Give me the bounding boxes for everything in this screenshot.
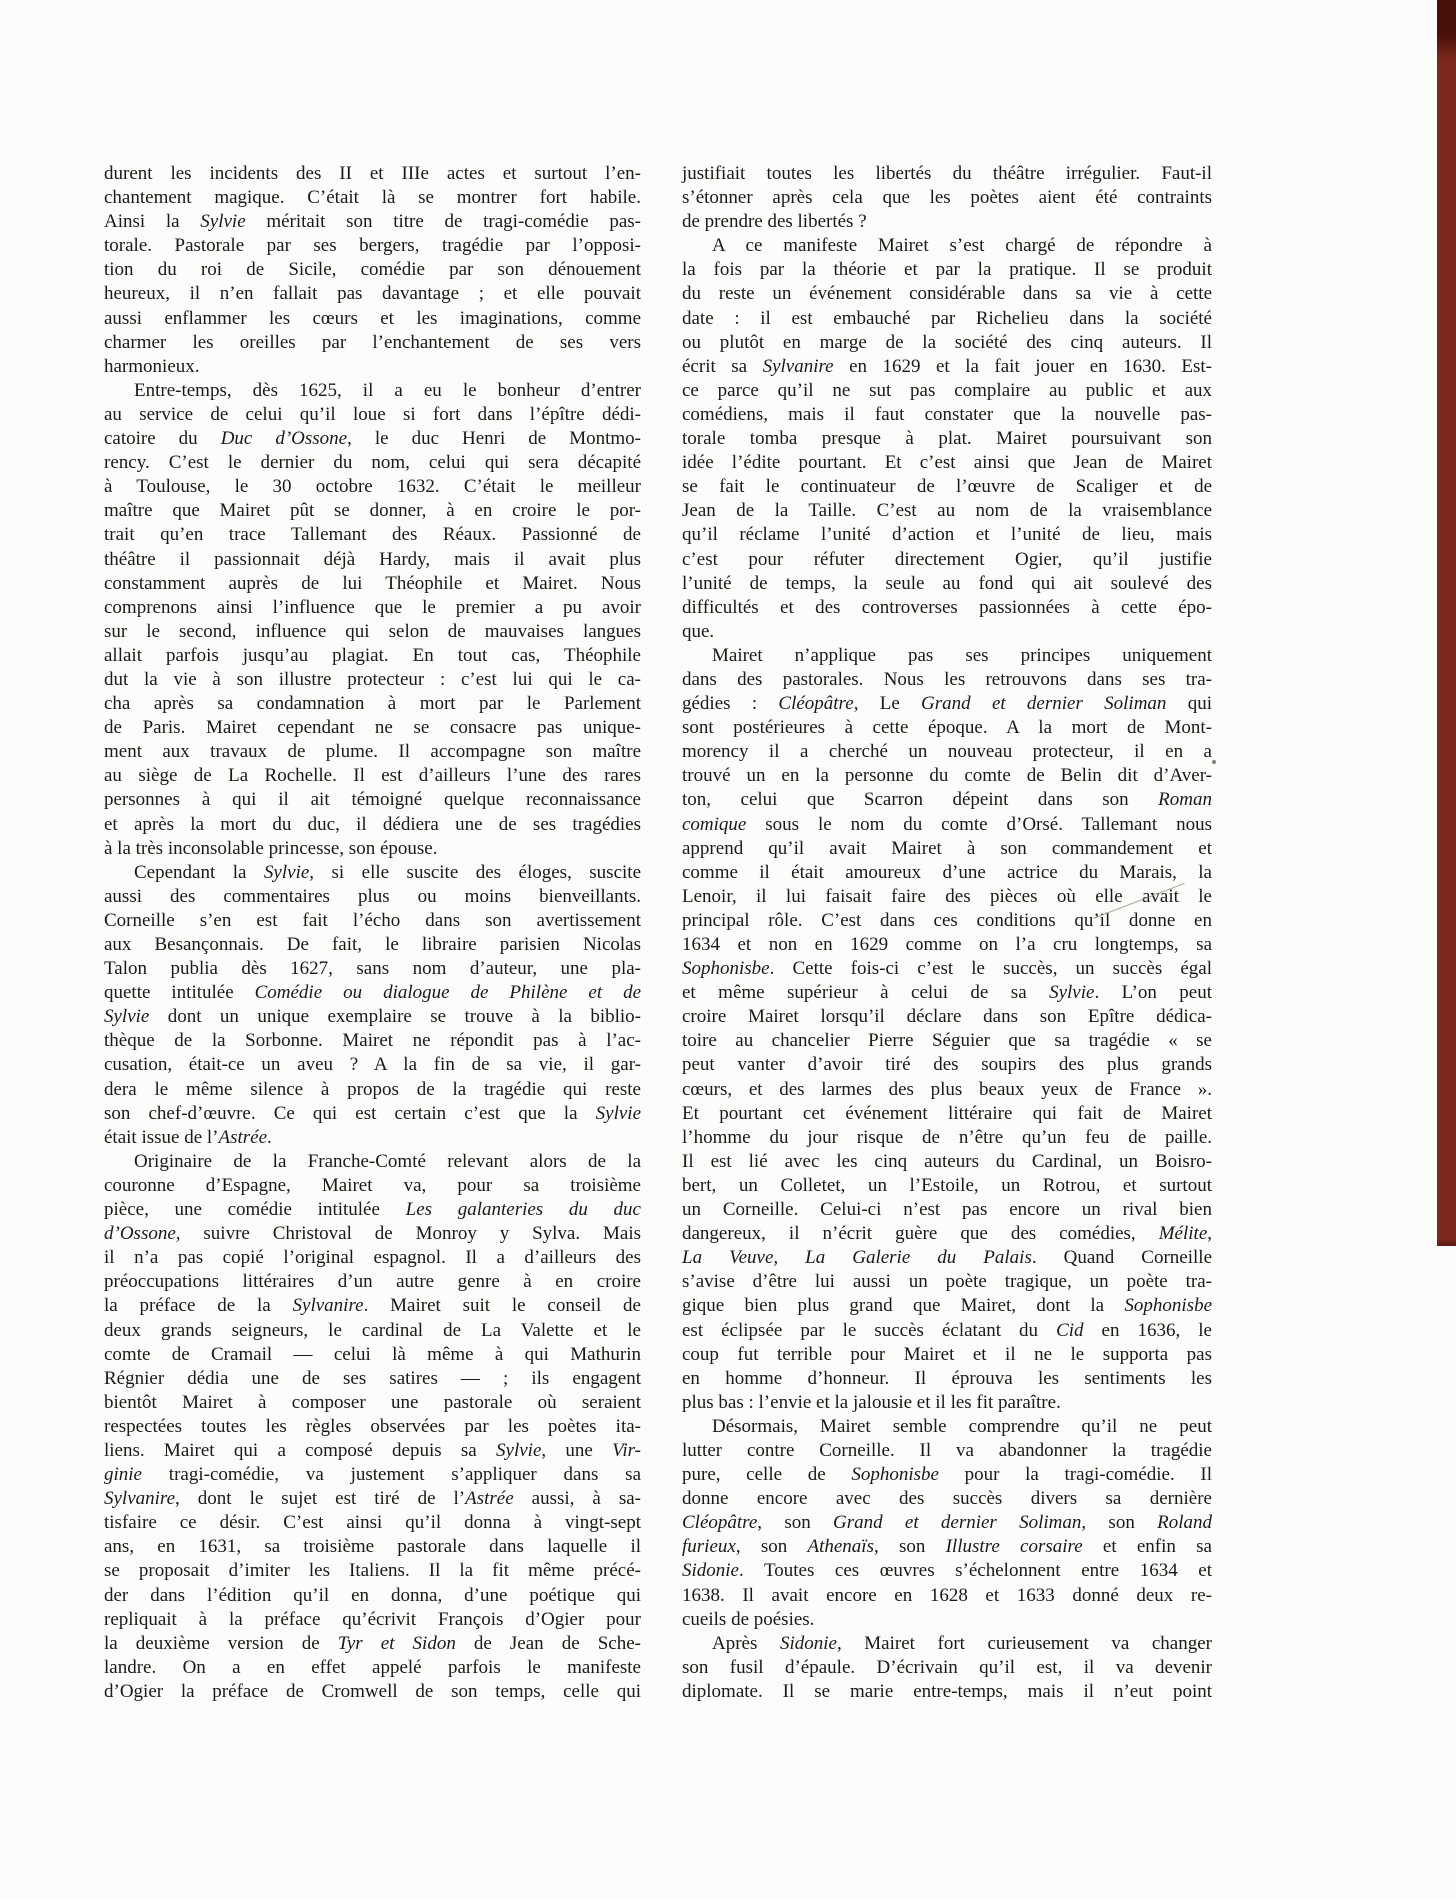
text-line: ment aux travaux de plume. Il accompagne… — [104, 740, 641, 764]
text-line: au siège de La Rochelle. Il est d’ailleu… — [104, 764, 641, 788]
text-line: morency il a cherché un nouveau protecte… — [682, 740, 1212, 764]
text-line: s’avise d’être lui aussi un poète tragiq… — [682, 1270, 1212, 1294]
text-line: comique sous le nom du comte d’Orsé. Tal… — [682, 813, 1212, 837]
text-line: au service de celui qu’il loue si fort d… — [104, 403, 641, 427]
text-line: durent les incidents des II et IIIe acte… — [104, 162, 641, 186]
text-line: deux grands seigneurs, le cardinal de La… — [104, 1319, 641, 1343]
text-line: d’Ossone, suivre Christoval de Monroy y … — [104, 1222, 641, 1246]
text-line: s’étonner après cela que les poètes aien… — [682, 186, 1212, 210]
text-line: Mairet n’applique pas ses principes uniq… — [682, 644, 1212, 668]
text-line: comédiens, mais il faut constater que la… — [682, 403, 1212, 427]
text-line: à Toulouse, le 30 octobre 1632. C’était … — [104, 475, 641, 499]
text-line: d’Ogier la préface de Cromwell de son te… — [104, 1680, 641, 1704]
ink-speck-artifact — [1212, 760, 1216, 764]
text-line: torale tomba presque à plat. Mairet pour… — [682, 427, 1212, 451]
text-line: que. — [682, 620, 1212, 644]
text-line: ginie tragi-comédie, va justement s’appl… — [104, 1463, 641, 1487]
text-line: Lenoir, il lui faisait faire des pièces … — [682, 885, 1212, 909]
text-line: se fait le continuateur de l’œuvre de Sc… — [682, 475, 1212, 499]
text-line: torale. Pastorale par ses bergers, tragé… — [104, 234, 641, 258]
text-line: toire au chancelier Pierre Séguier que s… — [682, 1029, 1212, 1053]
text-line: ou plutôt en marge de la société des cin… — [682, 331, 1212, 355]
text-line: théâtre il passionnait déjà Hardy, mais … — [104, 548, 641, 572]
text-line: Originaire de la Franche-Comté relevant … — [104, 1150, 641, 1174]
text-line: 1634 et non en 1629 comme on l’a cru lon… — [682, 933, 1212, 957]
text-line: à la très inconsolable princesse, son ép… — [104, 837, 641, 861]
text-line: est éclipsée par le succès éclatant du C… — [682, 1319, 1212, 1343]
text-line: l’unité de temps, la seule au fond qui a… — [682, 572, 1212, 596]
text-line: maître que Mairet pût se donner, à en cr… — [104, 499, 641, 523]
text-line: justifiait toutes les libertés du théâtr… — [682, 162, 1212, 186]
text-line: trait qu’en trace Tallemant des Réaux. P… — [104, 523, 641, 547]
text-line: comme il était amoureux d’une actrice du… — [682, 861, 1212, 885]
text-line: ce parce qu’il ne sut pas complaire au p… — [682, 379, 1212, 403]
text-line: croire Mairet lorsqu’il déclare dans son… — [682, 1005, 1212, 1029]
text-line: et même supérieur à celui de sa Sylvie. … — [682, 981, 1212, 1005]
text-line: coup fut terrible pour Mairet et il ne l… — [682, 1343, 1212, 1367]
text-line: son fusil d’épaule. D’écrivain qu’il est… — [682, 1656, 1212, 1680]
text-line: tion du roi de Sicile, comédie par son d… — [104, 258, 641, 282]
text-line: dangereux, il n’écrit guère que des comé… — [682, 1222, 1212, 1246]
text-line: landre. On a en effet appelé parfois le … — [104, 1656, 641, 1680]
text-line: cha après sa condamnation à mort par le … — [104, 692, 641, 716]
text-line: dans des pastorales. Nous les retrouvons… — [682, 668, 1212, 692]
text-line: aussi des commentaires plus ou moins bie… — [104, 885, 641, 909]
text-line: heureux, il n’en fallait pas davantage ;… — [104, 282, 641, 306]
text-line: respectées toutes les règles observées p… — [104, 1415, 641, 1439]
text-line: Et pourtant cet événement littéraire qui… — [682, 1102, 1212, 1126]
text-line: dut la vie à son illustre protecteur : c… — [104, 668, 641, 692]
text-line: cueils de poésies. — [682, 1608, 1212, 1632]
text-line: harmonieux. — [104, 355, 641, 379]
text-line: 1638. Il avait encore en 1628 et 1633 do… — [682, 1584, 1212, 1608]
text-line: couronne d’Espagne, Mairet va, pour sa t… — [104, 1174, 641, 1198]
text-line: et après la mort du duc, il dédiera une … — [104, 813, 641, 837]
text-line: Entre-temps, dès 1625, il a eu le bonheu… — [104, 379, 641, 403]
text-line: l’homme du jour risque de n’être qu’un f… — [682, 1126, 1212, 1150]
text-line: plus bas : l’envie et la jalousie et il … — [682, 1391, 1212, 1415]
text-line: La Veuve, La Galerie du Palais. Quand Co… — [682, 1246, 1212, 1270]
scanned-page: durent les incidents des II et IIIe acte… — [0, 0, 1456, 1899]
text-line: bientôt Mairet à composer une pastorale … — [104, 1391, 641, 1415]
text-line: catoire du Duc d’Ossone, le duc Henri de… — [104, 427, 641, 451]
text-line: la fois par la théorie et par la pratiqu… — [682, 258, 1212, 282]
text-line: Sylvie dont un unique exemplaire se trou… — [104, 1005, 641, 1029]
text-line: la deuxième version de Tyr et Sidon de J… — [104, 1632, 641, 1656]
text-line: du reste un événement considérable dans … — [682, 282, 1212, 306]
text-line: Talon publia dès 1627, sans nom d’auteur… — [104, 957, 641, 981]
page-edge-red-bar — [1437, 0, 1456, 1246]
text-line: Sidonie. Toutes ces œuvres s’échelonnent… — [682, 1559, 1212, 1583]
text-line: apprend qu’il avait Mairet à son command… — [682, 837, 1212, 861]
text-line: Ainsi la Sylvie méritait son titre de tr… — [104, 210, 641, 234]
text-line: date : il est embauché par Richelieu dan… — [682, 307, 1212, 331]
text-line: diplomate. Il se marie entre-temps, mais… — [682, 1680, 1212, 1704]
text-line: thèque de la Sorbonne. Mairet ne répondi… — [104, 1029, 641, 1053]
text-line: un Corneille. Celui-ci n’est pas encore … — [682, 1198, 1212, 1222]
text-line: pure, celle de Sophonisbe pour la tragi-… — [682, 1463, 1212, 1487]
text-line: de Paris. Mairet cependant ne se consacr… — [104, 716, 641, 740]
text-line: aussi enflammer les cœurs et les imagina… — [104, 307, 641, 331]
text-line: il n’a pas copié l’original espagnol. Il… — [104, 1246, 641, 1270]
text-line: Régnier dédia une de ses satires — ; ils… — [104, 1367, 641, 1391]
text-line: bert, un Colletet, un l’Estoile, un Rotr… — [682, 1174, 1212, 1198]
text-line: sont postérieures à cette époque. A la m… — [682, 716, 1212, 740]
text-line: gique bien plus grand que Mairet, dont l… — [682, 1294, 1212, 1318]
text-line: quette intitulée Comédie ou dialogue de … — [104, 981, 641, 1005]
text-line: Il est lié avec les cinq auteurs du Card… — [682, 1150, 1212, 1174]
text-line: Corneille s’en est fait l’écho dans son … — [104, 909, 641, 933]
text-line: Désormais, Mairet semble comprendre qu’i… — [682, 1415, 1212, 1439]
text-line: en homme d’honneur. Il éprouva les senti… — [682, 1367, 1212, 1391]
text-line: A ce manifeste Mairet s’est chargé de ré… — [682, 234, 1212, 258]
text-line: liens. Mairet qui a composé depuis sa Sy… — [104, 1439, 641, 1463]
text-line: principal rôle. C’est dans ces condition… — [682, 909, 1212, 933]
text-line: comprenons ainsi l’influence que le prem… — [104, 596, 641, 620]
text-line: comte de Cramail — celui là même à qui M… — [104, 1343, 641, 1367]
text-line: Sylvanire, dont le sujet est tiré de l’A… — [104, 1487, 641, 1511]
text-line: la préface de la Sylvanire. Mairet suit … — [104, 1294, 641, 1318]
text-line: der dans l’édition qu’il en donna, d’une… — [104, 1584, 641, 1608]
text-line: ton, celui que Scarron dépeint dans son … — [682, 788, 1212, 812]
text-line: sur le second, influence qui selon de ma… — [104, 620, 641, 644]
text-line: repliquait à la préface qu’écrivit Franç… — [104, 1608, 641, 1632]
text-line: son chef-d’œuvre. Ce qui est certain c’e… — [104, 1102, 641, 1126]
text-line: trouvé un en la personne du comte de Bel… — [682, 764, 1212, 788]
text-line: cœurs, et des larmes des plus beaux yeux… — [682, 1078, 1212, 1102]
text-line: difficultés et des controverses passionn… — [682, 596, 1212, 620]
text-line: cusation, était-ce un aveu ? A la fin de… — [104, 1053, 641, 1077]
text-line: allait parfois jusqu’au plagiat. En tout… — [104, 644, 641, 668]
text-line: idée l’édite pourtant. Et c’est ainsi qu… — [682, 451, 1212, 475]
text-line: de prendre des libertés ? — [682, 210, 1212, 234]
text-line: Sophonisbe. Cette fois-ci c’est le succè… — [682, 957, 1212, 981]
text-line: personnes à qui il ait témoigné quelque … — [104, 788, 641, 812]
text-line: gédies : Cléopâtre, Le Grand et dernier … — [682, 692, 1212, 716]
text-line: rency. C’est le dernier du nom, celui qu… — [104, 451, 641, 475]
text-line: qu’il réclame l’unité d’action et l’unit… — [682, 523, 1212, 547]
text-line: Cléopâtre, son Grand et dernier Soliman,… — [682, 1511, 1212, 1535]
text-line: écrit sa Sylvanire en 1629 et la fait jo… — [682, 355, 1212, 379]
text-line: dera le même silence à propos de la trag… — [104, 1078, 641, 1102]
text-line: constamment auprès de lui Théophile et M… — [104, 572, 641, 596]
text-line: préoccupations littéraires d’un autre ge… — [104, 1270, 641, 1294]
text-line: Jean de la Taille. C’est au nom de la vr… — [682, 499, 1212, 523]
text-line: pièce, une comédie intitulée Les galante… — [104, 1198, 641, 1222]
text-line: charmer les oreilles par l’enchantement … — [104, 331, 641, 355]
text-column-left: durent les incidents des II et IIIe acte… — [104, 162, 641, 1704]
text-line: tisfaire ce désir. C’est ainsi qu’il don… — [104, 1511, 641, 1535]
text-line: aux Besançonnais. De fait, le libraire p… — [104, 933, 641, 957]
text-line: furieux, son Athenaïs, son Illustre cors… — [682, 1535, 1212, 1559]
text-line: Cependant la Sylvie, si elle suscite des… — [104, 861, 641, 885]
text-line: était issue de l’Astrée. — [104, 1126, 641, 1150]
text-line: c’est pour réfuter directement Ogier, qu… — [682, 548, 1212, 572]
text-column-right: justifiait toutes les libertés du théâtr… — [682, 162, 1212, 1704]
text-line: lutter contre Corneille. Il va abandonne… — [682, 1439, 1212, 1463]
text-line: Après Sidonie, Mairet fort curieusement … — [682, 1632, 1212, 1656]
text-line: peut vanter d’avoir tiré des soupirs des… — [682, 1053, 1212, 1077]
text-line: donne encore avec des succès divers sa d… — [682, 1487, 1212, 1511]
text-line: chantement magique. C’était là se montre… — [104, 186, 641, 210]
text-line: ans, en 1631, sa troisième pastorale dan… — [104, 1535, 641, 1559]
text-line: se proposait d’imiter les Italiens. Il l… — [104, 1559, 641, 1583]
